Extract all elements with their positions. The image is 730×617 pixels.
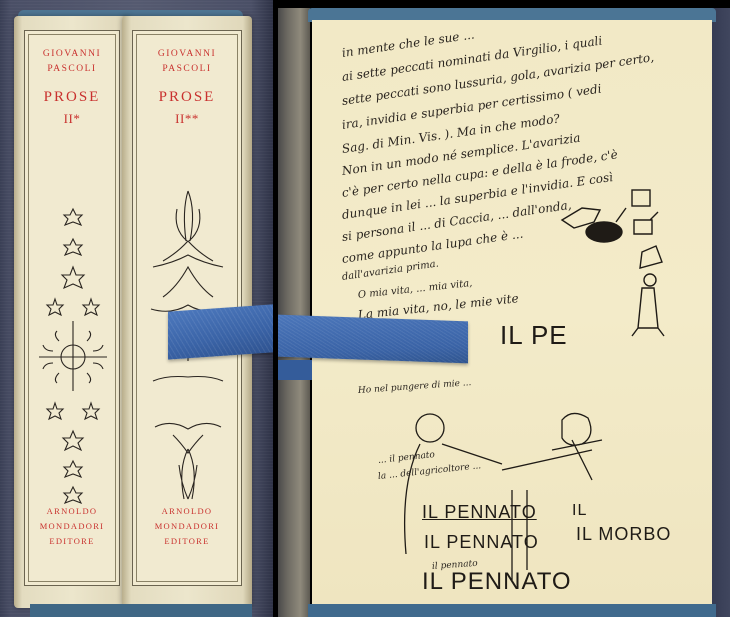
volume-number: II* bbox=[25, 111, 119, 127]
publisher-line-2: MONDADORI bbox=[25, 519, 119, 534]
spines-photo: GIOVANNI PASCOLI PROSE II* bbox=[0, 0, 273, 617]
spine-label-panel: GIOVANNI PASCOLI PROSE II* bbox=[24, 30, 120, 586]
author-first-name: GIOVANNI bbox=[25, 47, 119, 62]
slipcase-right-edge bbox=[710, 8, 730, 617]
stars-sun-ornament-icon bbox=[25, 181, 121, 511]
ribbon-bookmark-left bbox=[168, 304, 273, 359]
publisher-line-2: MONDADORI bbox=[133, 519, 241, 534]
author-first-name: GIOVANNI bbox=[133, 47, 241, 62]
author-name: GIOVANNI PASCOLI bbox=[133, 47, 241, 77]
sketch-label-il: IL bbox=[572, 502, 587, 520]
book-title: PROSE bbox=[25, 89, 119, 106]
slipcase-bottom-band bbox=[308, 604, 716, 617]
slipcase-bottom-edge bbox=[30, 604, 252, 617]
sketch-label-pennato-3: IL PENNATO bbox=[422, 568, 572, 596]
publisher-name: ARNOLDO MONDADORI EDITORE bbox=[25, 504, 119, 549]
book-title: PROSE bbox=[133, 89, 241, 106]
publisher-line-1: ARNOLDO bbox=[133, 504, 241, 519]
ribbon-bookmark-right bbox=[278, 315, 468, 364]
poem-line: Ho nel pungere di mie ... bbox=[358, 378, 472, 396]
slipcase-side-edge bbox=[278, 8, 310, 617]
author-last-name: PASCOLI bbox=[25, 62, 119, 77]
sketch-label-ilpe: IL PE bbox=[500, 320, 568, 351]
sketch-label-morbo: IL MORBO bbox=[576, 524, 671, 545]
book-spine-volume-1: GIOVANNI PASCOLI PROSE II* bbox=[14, 16, 130, 608]
ribbon-tail bbox=[278, 360, 312, 380]
author-last-name: PASCOLI bbox=[133, 62, 241, 77]
slipcase-back-photo: in mente che le sue ... ai sette peccati… bbox=[278, 0, 730, 617]
sketch-objects-icon bbox=[542, 180, 682, 340]
publisher-line-1: ARNOLDO bbox=[25, 504, 119, 519]
publisher-line-3: EDITORE bbox=[133, 534, 241, 549]
publisher-name: ARNOLDO MONDADORI EDITORE bbox=[133, 504, 241, 549]
sketch-label-pennato-1: IL PENNATO bbox=[422, 502, 537, 523]
slipcase-cover-panel: in mente che le sue ... ai sette peccati… bbox=[312, 20, 712, 606]
sketch-label-pennato-2: IL PENNATO bbox=[424, 532, 539, 553]
volume-number: II** bbox=[133, 111, 241, 127]
author-name: GIOVANNI PASCOLI bbox=[25, 47, 119, 77]
publisher-line-3: EDITORE bbox=[25, 534, 119, 549]
